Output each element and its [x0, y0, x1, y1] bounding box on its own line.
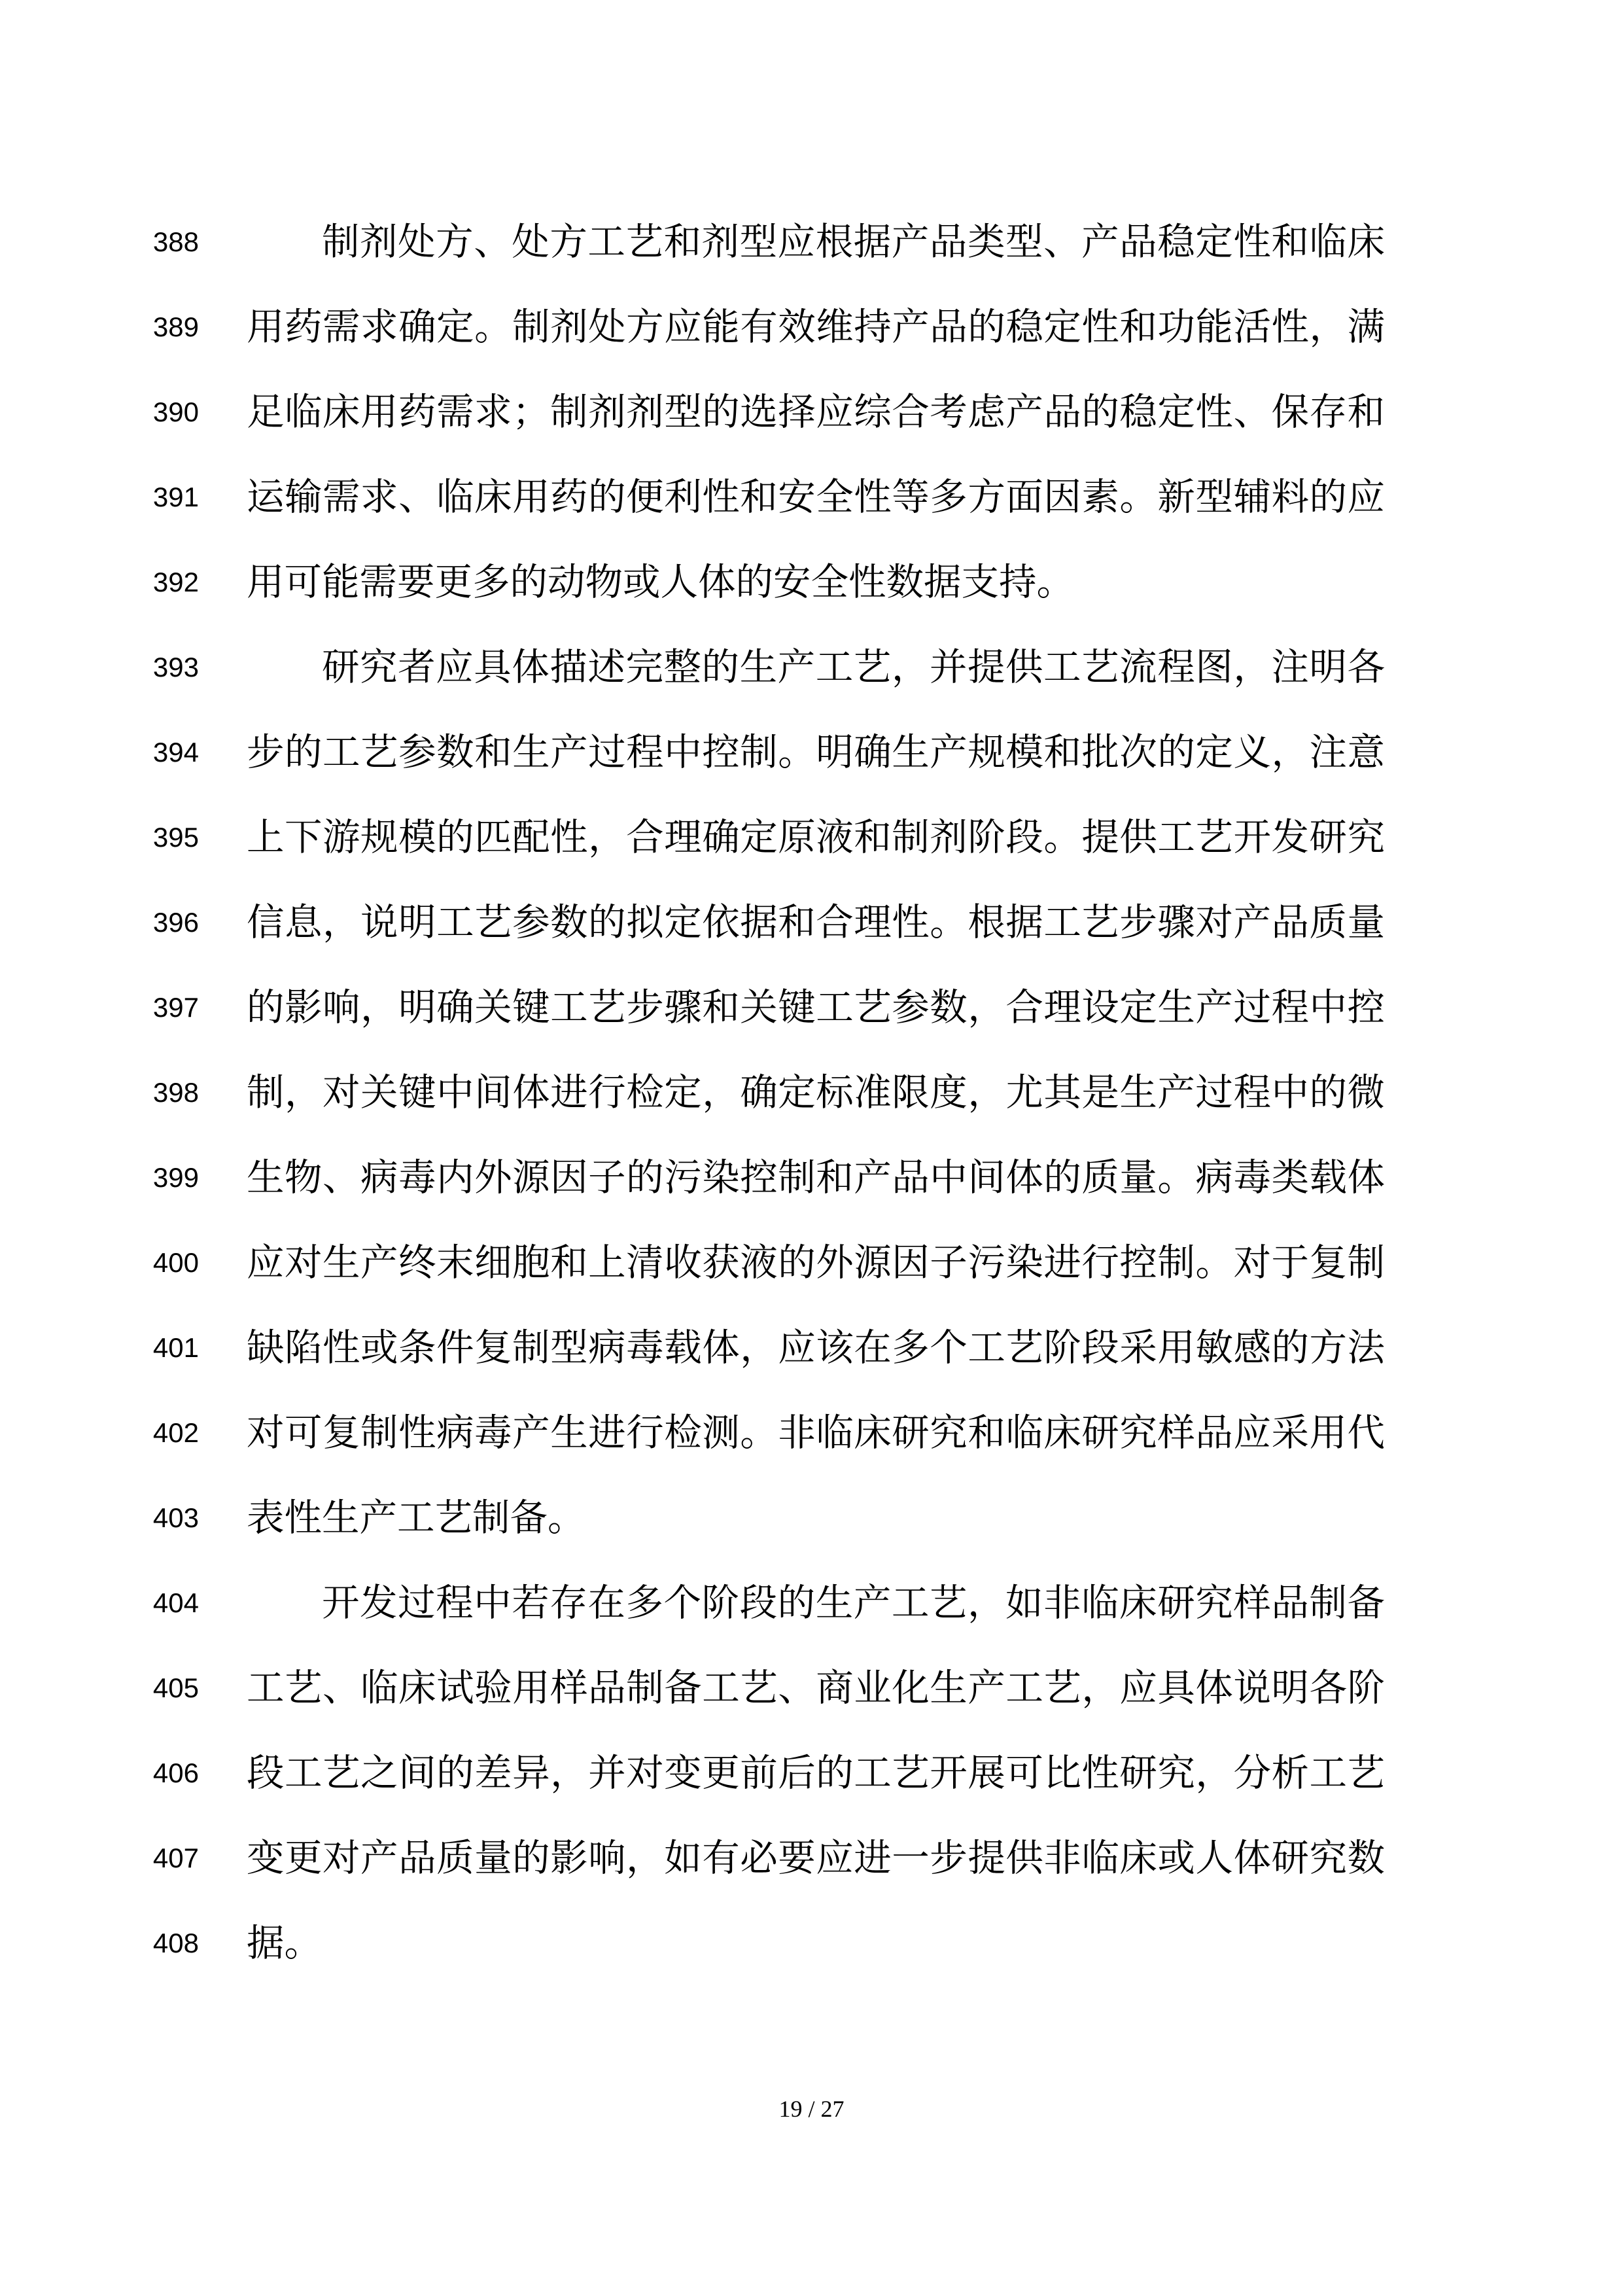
- line-text: 缺陷性或条件复制型病毒载体，应该在多个工艺阶段采用敏感的方法: [247, 1305, 1385, 1390]
- text-line: 402 对可复制性病毒产生进行检测。非临床研究和临床研究样品应采用代: [0, 1390, 1623, 1475]
- line-text: 运输需求、临床用药的便利性和安全性等多方面因素。新型辅料的应: [247, 455, 1385, 540]
- text-line: 399 生物、病毒内外源因子的污染控制和产品中间体的质量。病毒类载体: [0, 1135, 1623, 1220]
- line-number: 397: [137, 965, 199, 1050]
- line-number: 402: [137, 1390, 199, 1475]
- line-number: 401: [137, 1305, 199, 1390]
- line-text: 开发过程中若存在多个阶段的生产工艺，如非临床研究样品制备: [322, 1561, 1385, 1646]
- line-number: 393: [137, 625, 199, 710]
- line-text: 信息，说明工艺参数的拟定依据和合理性。根据工艺步骤对产品质量: [247, 880, 1385, 965]
- line-number: 390: [137, 370, 199, 455]
- line-text: 足临床用药需求；制剂剂型的选择应综合考虑产品的稳定性、保存和: [247, 370, 1385, 455]
- text-line: 393 研究者应具体描述完整的生产工艺，并提供工艺流程图，注明各: [0, 625, 1623, 710]
- text-line: 407 变更对产品质量的影响，如有必要应进一步提供非临床或人体研究数: [0, 1816, 1623, 1901]
- text-line: 404 开发过程中若存在多个阶段的生产工艺，如非临床研究样品制备: [0, 1561, 1623, 1646]
- text-line: 406 段工艺之间的差异，并对变更前后的工艺开展可比性研究，分析工艺: [0, 1731, 1623, 1816]
- line-text: 变更对产品质量的影响，如有必要应进一步提供非临床或人体研究数: [247, 1816, 1385, 1901]
- line-text: 表性生产工艺制备。: [247, 1475, 1385, 1561]
- line-text: 据。: [247, 1901, 1385, 1986]
- text-line: 391 运输需求、临床用药的便利性和安全性等多方面因素。新型辅料的应: [0, 455, 1623, 540]
- line-text: 用可能需要更多的动物或人体的安全性数据支持。: [247, 540, 1385, 625]
- text-line: 388 制剂处方、处方工艺和剂型应根据产品类型、产品稳定性和临床: [0, 200, 1623, 285]
- text-line: 390 足临床用药需求；制剂剂型的选择应综合考虑产品的稳定性、保存和: [0, 370, 1623, 455]
- line-text: 制，对关键中间体进行检定，确定标准限度，尤其是生产过程中的微: [247, 1050, 1385, 1135]
- line-number: 403: [137, 1475, 199, 1561]
- line-number: 398: [137, 1050, 199, 1135]
- line-text: 用药需求确定。制剂处方应能有效维持产品的稳定性和功能活性，满: [247, 285, 1385, 370]
- text-line: 389 用药需求确定。制剂处方应能有效维持产品的稳定性和功能活性，满: [0, 285, 1623, 370]
- document-page: 388 制剂处方、处方工艺和剂型应根据产品类型、产品稳定性和临床 389 用药需…: [0, 0, 1623, 2296]
- line-text: 上下游规模的匹配性，合理确定原液和制剂阶段。提供工艺开发研究: [247, 795, 1385, 880]
- line-text: 段工艺之间的差异，并对变更前后的工艺开展可比性研究，分析工艺: [247, 1731, 1385, 1816]
- text-line: 398 制，对关键中间体进行检定，确定标准限度，尤其是生产过程中的微: [0, 1050, 1623, 1135]
- text-line: 401 缺陷性或条件复制型病毒载体，应该在多个工艺阶段采用敏感的方法: [0, 1305, 1623, 1390]
- line-text: 研究者应具体描述完整的生产工艺，并提供工艺流程图，注明各: [322, 625, 1385, 710]
- line-number: 389: [137, 285, 199, 370]
- text-line: 405 工艺、临床试验用样品制备工艺、商业化生产工艺，应具体说明各阶: [0, 1646, 1623, 1731]
- line-text: 步的工艺参数和生产过程中控制。明确生产规模和批次的定义，注意: [247, 710, 1385, 795]
- line-number: 408: [137, 1901, 199, 1986]
- line-number: 405: [137, 1646, 199, 1731]
- line-number: 399: [137, 1135, 199, 1220]
- line-text: 的影响，明确关键工艺步骤和关键工艺参数，合理设定生产过程中控: [247, 965, 1385, 1050]
- text-line: 396 信息，说明工艺参数的拟定依据和合理性。根据工艺步骤对产品质量: [0, 880, 1623, 965]
- line-number: 400: [137, 1220, 199, 1305]
- text-line: 395 上下游规模的匹配性，合理确定原液和制剂阶段。提供工艺开发研究: [0, 795, 1623, 880]
- text-line: 400 应对生产终末细胞和上清收获液的外源因子污染进行控制。对于复制: [0, 1220, 1623, 1305]
- line-text: 应对生产终末细胞和上清收获液的外源因子污染进行控制。对于复制: [247, 1220, 1385, 1305]
- text-line: 392 用可能需要更多的动物或人体的安全性数据支持。: [0, 540, 1623, 625]
- text-line: 403 表性生产工艺制备。: [0, 1475, 1623, 1561]
- line-number: 407: [137, 1816, 199, 1901]
- line-number: 404: [137, 1561, 199, 1646]
- line-text: 对可复制性病毒产生进行检测。非临床研究和临床研究样品应采用代: [247, 1390, 1385, 1475]
- line-number: 396: [137, 880, 199, 965]
- line-number: 394: [137, 710, 199, 795]
- text-line: 408 据。: [0, 1901, 1623, 1986]
- line-text: 制剂处方、处方工艺和剂型应根据产品类型、产品稳定性和临床: [322, 200, 1385, 285]
- line-number: 391: [137, 455, 199, 540]
- line-text: 工艺、临床试验用样品制备工艺、商业化生产工艺，应具体说明各阶: [247, 1646, 1385, 1731]
- text-line: 394 步的工艺参数和生产过程中控制。明确生产规模和批次的定义，注意: [0, 710, 1623, 795]
- page-indicator: 19 / 27: [0, 2093, 1623, 2125]
- line-number: 406: [137, 1731, 199, 1816]
- line-text: 生物、病毒内外源因子的污染控制和产品中间体的质量。病毒类载体: [247, 1135, 1385, 1220]
- line-number: 388: [137, 200, 199, 285]
- text-line: 397 的影响，明确关键工艺步骤和关键工艺参数，合理设定生产过程中控: [0, 965, 1623, 1050]
- line-number: 395: [137, 795, 199, 880]
- line-number: 392: [137, 540, 199, 625]
